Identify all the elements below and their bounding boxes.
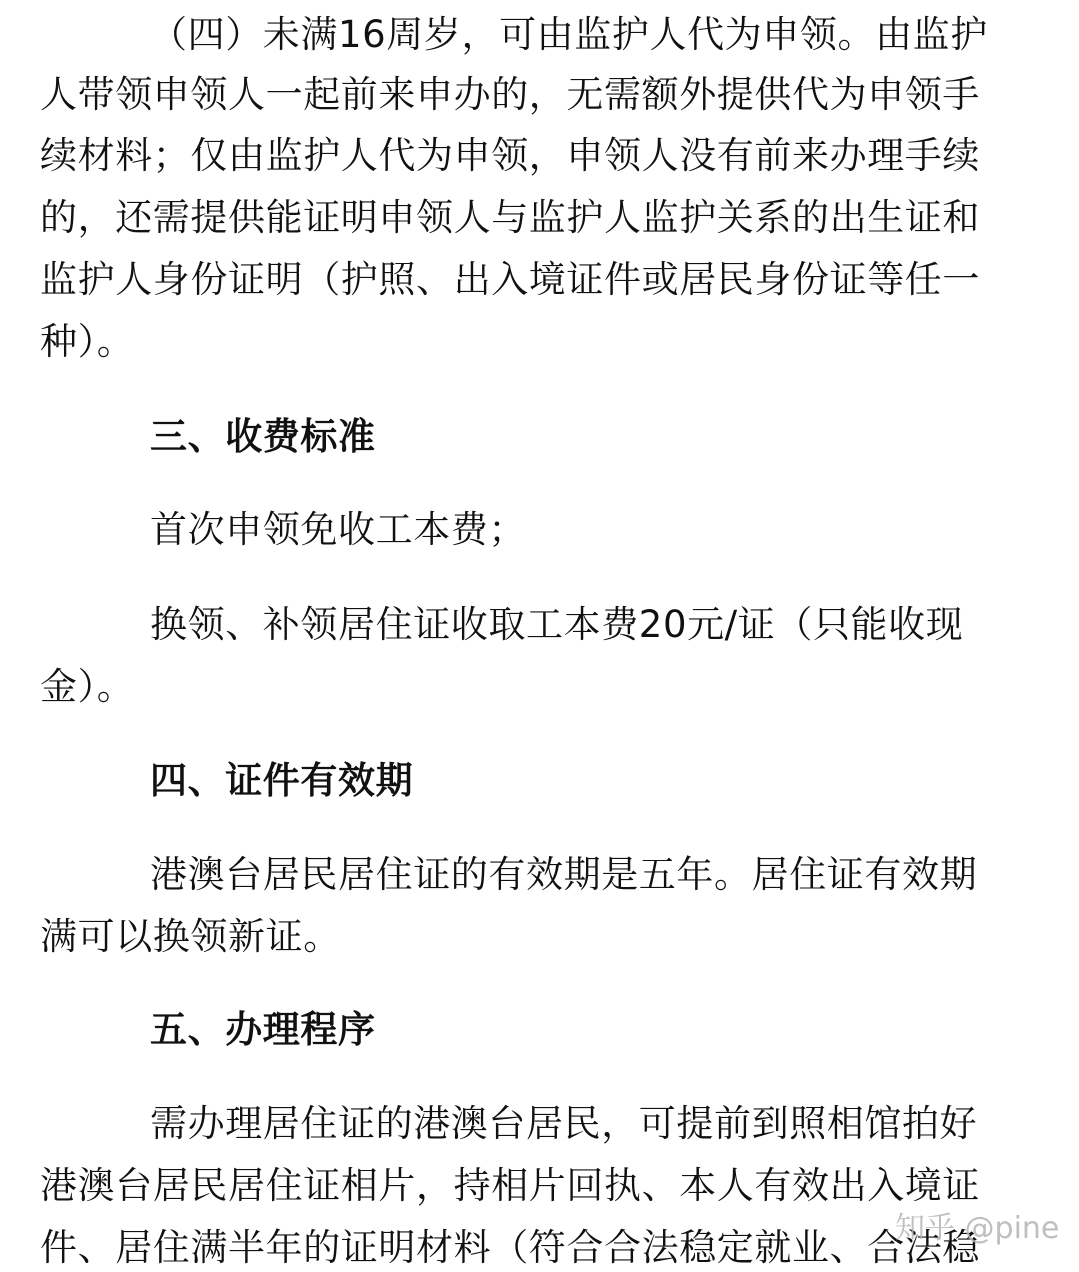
section3-line-2: 换领、补领居住证收取工本费20元/证（只能收现	[150, 603, 963, 647]
section3-heading: 三、收费标准	[150, 415, 376, 459]
watermark: 知乎 @pine	[895, 1203, 1059, 1247]
para1-line-1: （四）未满16周岁，可由监护人代为申领。由监护	[150, 13, 988, 57]
section5-line-1: 需办理居住证的港澳台居民，可提前到照相馆拍好	[150, 1102, 977, 1146]
section5-heading: 五、办理程序	[150, 1008, 376, 1052]
section3-line-3: 金）。	[40, 665, 134, 709]
section4-line-2: 满可以换领新证。	[40, 915, 341, 959]
para1-line-6: 种）。	[40, 320, 134, 364]
section4-line-1: 港澳台居民居住证的有效期是五年。居住证有效期	[150, 853, 977, 897]
section5-line-2: 港澳台居民居住证相片，持相片回执、本人有效出入境证	[40, 1164, 980, 1208]
para1-line-5: 监护人身份证明（护照、出入境证件或居民身份证等任一	[40, 258, 980, 302]
section3-line-1: 首次申领免收工本费；	[150, 508, 526, 552]
para1-line-3: 续材料；仅由监护人代为申领，申领人没有前来办理手续	[40, 134, 980, 178]
section4-heading: 四、证件有效期	[150, 759, 413, 803]
para1-line-2: 人带领申领人一起前来申办的，无需额外提供代为申领手	[40, 73, 980, 117]
para1-line-4: 的，还需提供能证明申领人与监护人监护关系的出生证和	[40, 196, 980, 240]
section5-line-3: 件、居住满半年的证明材料（符合合法稳定就业、合法稳	[40, 1226, 980, 1270]
